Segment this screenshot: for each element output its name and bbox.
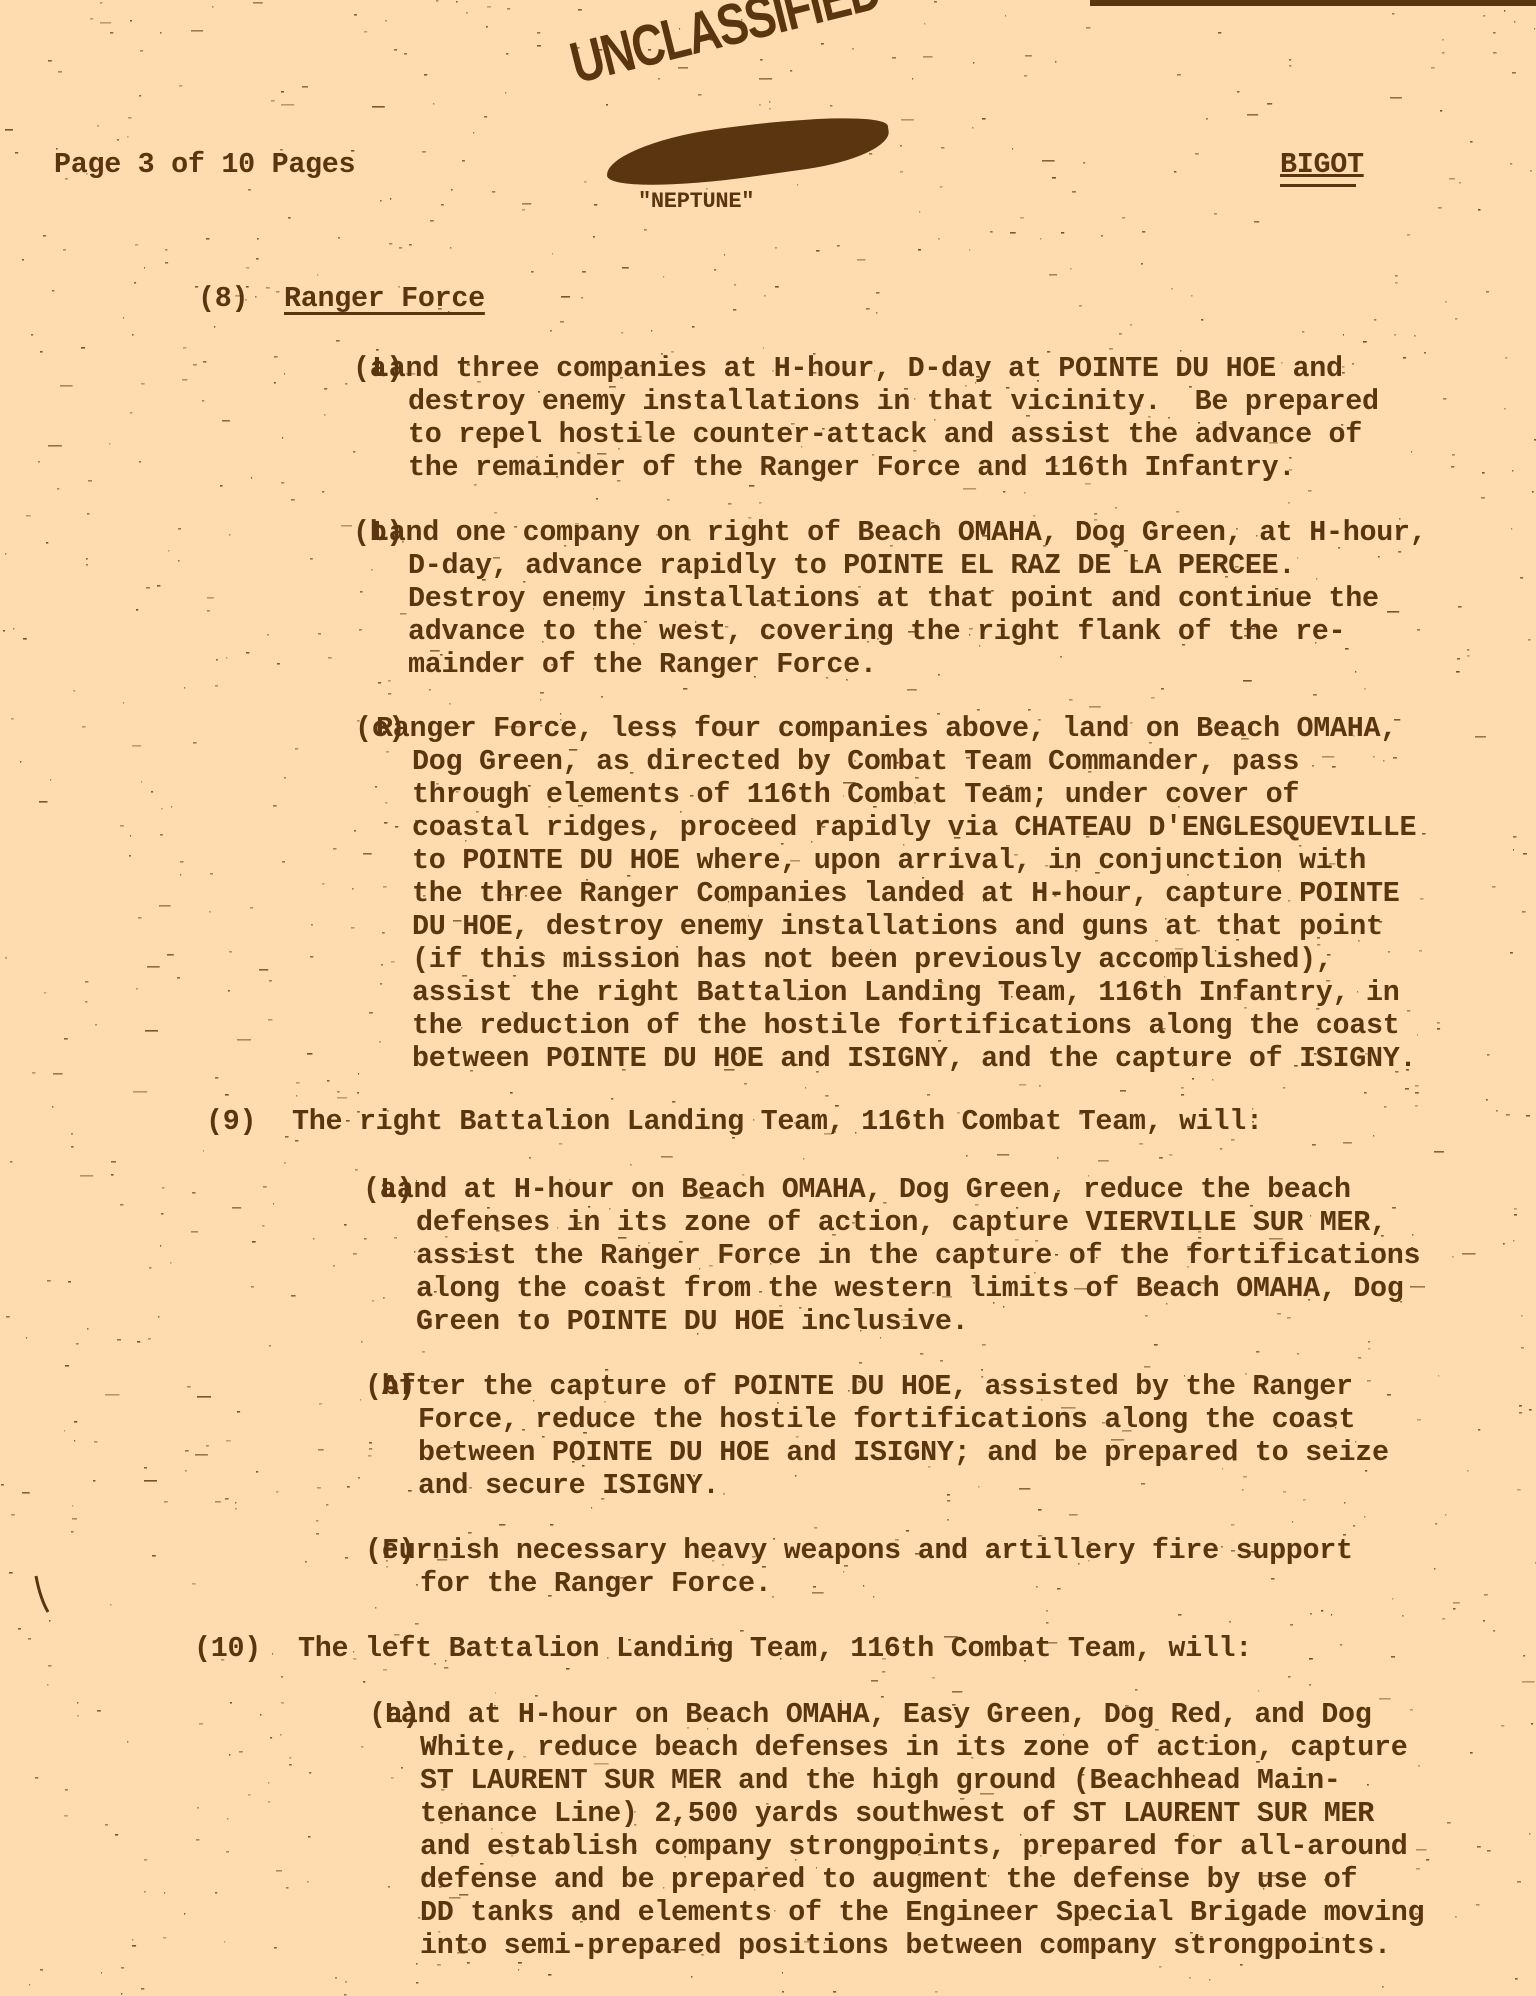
- text-line: D-day, advance rapidly to POINTE EL RAZ …: [372, 549, 1426, 582]
- codename: "NEPTUNE": [638, 185, 754, 218]
- item-text: Land at H-hour on Beach OMAHA, Easy Gree…: [384, 1698, 1424, 1962]
- text-line: between POINTE DU HOE and ISIGNY; and be…: [382, 1436, 1389, 1469]
- text-line: Destroy enemy installations at that poin…: [372, 582, 1426, 615]
- text-line: and secure ISIGNY.: [382, 1469, 1389, 1502]
- text-line: After the capture of POINTE DU HOE, assi…: [382, 1370, 1389, 1403]
- unclassified-stamp: UNCLASSIFIED: [564, 0, 886, 97]
- item-text: Land three companies at H-hour, D-day at…: [372, 352, 1379, 484]
- text-line: Dog Green, as directed by Combat Team Co…: [376, 745, 1416, 778]
- section-9-title: The right Battalion Landing Team, 116th …: [292, 1105, 1263, 1138]
- section-10-number: (10): [194, 1632, 261, 1665]
- text-line: along the coast from the western limits …: [380, 1272, 1420, 1305]
- text-line: DD tanks and elements of the Engineer Sp…: [384, 1896, 1424, 1929]
- text-line: mainder of the Ranger Force.: [372, 648, 1426, 681]
- text-line: Furnish necessary heavy weapons and arti…: [382, 1534, 1353, 1567]
- item-text: Land at H-hour on Beach OMAHA, Dog Green…: [380, 1173, 1420, 1338]
- document-page: UNCLASSIFIED "NEPTUNE" Page 3 of 10 Page…: [0, 0, 1536, 1996]
- text-line: to repel hostile counter-attack and assi…: [372, 418, 1379, 451]
- section-10-title: The left Battalion Landing Team, 116th C…: [298, 1632, 1252, 1665]
- text-line: ST LAURENT SUR MER and the high ground (…: [384, 1764, 1424, 1797]
- section-10-item-a: (a) Land at H-hour on Beach OMAHA, Easy …: [302, 1698, 369, 1830]
- text-line: between POINTE DU HOE and ISIGNY, and th…: [376, 1042, 1416, 1075]
- text-line: defenses in its zone of action, capture …: [380, 1206, 1420, 1239]
- classification-marking: BIGOT: [1280, 148, 1364, 181]
- text-line: through elements of 116th Combat Team; u…: [376, 778, 1416, 811]
- section-8-item-a: (a) Land three companies at H-hour, D-da…: [286, 352, 353, 484]
- text-line: assist the Ranger Force in the capture o…: [380, 1239, 1420, 1272]
- text-line: to POINTE DU HOE where, upon arrival, in…: [376, 844, 1416, 877]
- text-line: DU HOE, destroy enemy installations and …: [376, 910, 1416, 943]
- section-8-title: Ranger Force: [284, 282, 485, 315]
- text-line: Land at H-hour on Beach OMAHA, Easy Gree…: [384, 1698, 1424, 1731]
- item-text: Furnish necessary heavy weapons and arti…: [382, 1534, 1353, 1600]
- section-9-item-a: (a) Land at H-hour on Beach OMAHA, Dog G…: [296, 1173, 363, 1305]
- text-line: Force, reduce the hostile fortifications…: [382, 1403, 1389, 1436]
- section-8-number: (8): [198, 282, 248, 315]
- section-8-item-b: (b) Land one company on right of Beach O…: [286, 516, 353, 648]
- text-line: defense and be prepared to augment the d…: [384, 1863, 1424, 1896]
- section-9-item-b: (b) After the capture of POINTE DU HOE, …: [298, 1370, 365, 1502]
- redaction-mark: [603, 105, 892, 196]
- text-line: Land at H-hour on Beach OMAHA, Dog Green…: [380, 1173, 1420, 1206]
- page-edge-shadow: [1090, 0, 1536, 6]
- text-line: the remainder of the Ranger Force and 11…: [372, 451, 1379, 484]
- text-line: the reduction of the hostile fortificati…: [376, 1009, 1416, 1042]
- text-line: Green to POINTE DU HOE inclusive.: [380, 1305, 1420, 1338]
- item-text: After the capture of POINTE DU HOE, assi…: [382, 1370, 1389, 1502]
- text-line: (if this mission has not been previously…: [376, 943, 1416, 976]
- text-line: the three Ranger Companies landed at H-h…: [376, 877, 1416, 910]
- item-text: Land one company on right of Beach OMAHA…: [372, 516, 1426, 681]
- text-line: Land one company on right of Beach OMAHA…: [372, 516, 1426, 549]
- text-line: for the Ranger Force.: [382, 1567, 1353, 1600]
- section-8-item-c: (c) Ranger Force, less four companies ab…: [288, 712, 355, 844]
- text-line: Ranger Force, less four companies above,…: [376, 712, 1416, 745]
- text-line: tenance Line) 2,500 yards southwest of S…: [384, 1797, 1424, 1830]
- text-line: coastal ridges, proceed rapidly via CHAT…: [376, 811, 1416, 844]
- text-line: into semi-prepared positions between com…: [384, 1929, 1424, 1962]
- text-line: Land three companies at H-hour, D-day at…: [372, 352, 1379, 385]
- text-line: and establish company strongpoints, prep…: [384, 1830, 1424, 1863]
- section-9-number: (9): [206, 1105, 256, 1138]
- text-line: destroy enemy installations in that vici…: [372, 385, 1379, 418]
- text-line: advance to the west, covering the right …: [372, 615, 1426, 648]
- text-line: assist the right Battalion Landing Team,…: [376, 976, 1416, 1009]
- page-number: Page 3 of 10 Pages: [54, 148, 355, 181]
- item-text: Ranger Force, less four companies above,…: [376, 712, 1416, 1075]
- text-line: White, reduce beach defenses in its zone…: [384, 1731, 1424, 1764]
